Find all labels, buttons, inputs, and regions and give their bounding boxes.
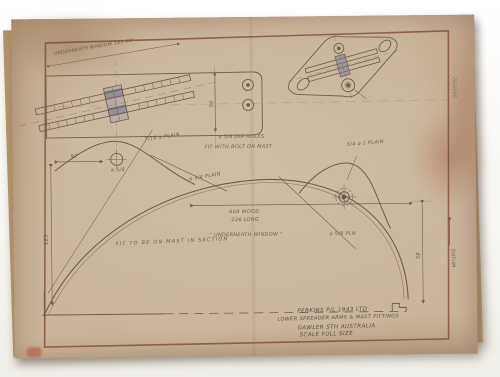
slot-right bbox=[377, 38, 393, 54]
left-hole-dia-label: ⌀ 5/8 bbox=[111, 168, 125, 174]
dim-123-line bbox=[51, 167, 52, 305]
blueprint-sheet: UNDERNEATH WINDOW 185 40° 50 97 123 7/16… bbox=[11, 15, 478, 359]
shared-centerline bbox=[42, 100, 448, 107]
panel-dim-label: 50 bbox=[210, 100, 216, 107]
drawing-linework bbox=[11, 15, 478, 359]
border-frame bbox=[41, 31, 451, 347]
photo-backdrop: UNDERNEATH WINDOW 185 40° 50 97 123 7/16… bbox=[0, 0, 500, 377]
baseline-solid bbox=[42, 314, 164, 315]
foot-notch bbox=[392, 303, 406, 311]
left-bump bbox=[55, 141, 195, 186]
right-note-leader bbox=[347, 156, 357, 180]
wood-note-line2: 226 LONG bbox=[231, 218, 259, 224]
wood-note-line1: 608 WOOD bbox=[229, 210, 259, 216]
dim-58-label: 58 bbox=[417, 252, 423, 259]
right-hole-dia-label: ⌀ 5/8 PLN bbox=[329, 232, 356, 238]
wood-dim-line bbox=[193, 203, 412, 205]
construction-line-long bbox=[46, 130, 154, 293]
holes-note-line2: FIT WITH BOLT ON MAST bbox=[205, 145, 273, 151]
angled-dim-line bbox=[50, 44, 180, 66]
dim-123-label: 123 bbox=[44, 234, 50, 245]
main-arc-inner bbox=[47, 181, 404, 315]
holes-note-line1: ⌀ 5/8 DIA HOLES bbox=[218, 135, 264, 141]
datum-label: DATUM bbox=[449, 249, 454, 268]
dim-97-label: 97 bbox=[71, 155, 78, 161]
side-scribble: 26/9/46 bbox=[450, 77, 456, 98]
